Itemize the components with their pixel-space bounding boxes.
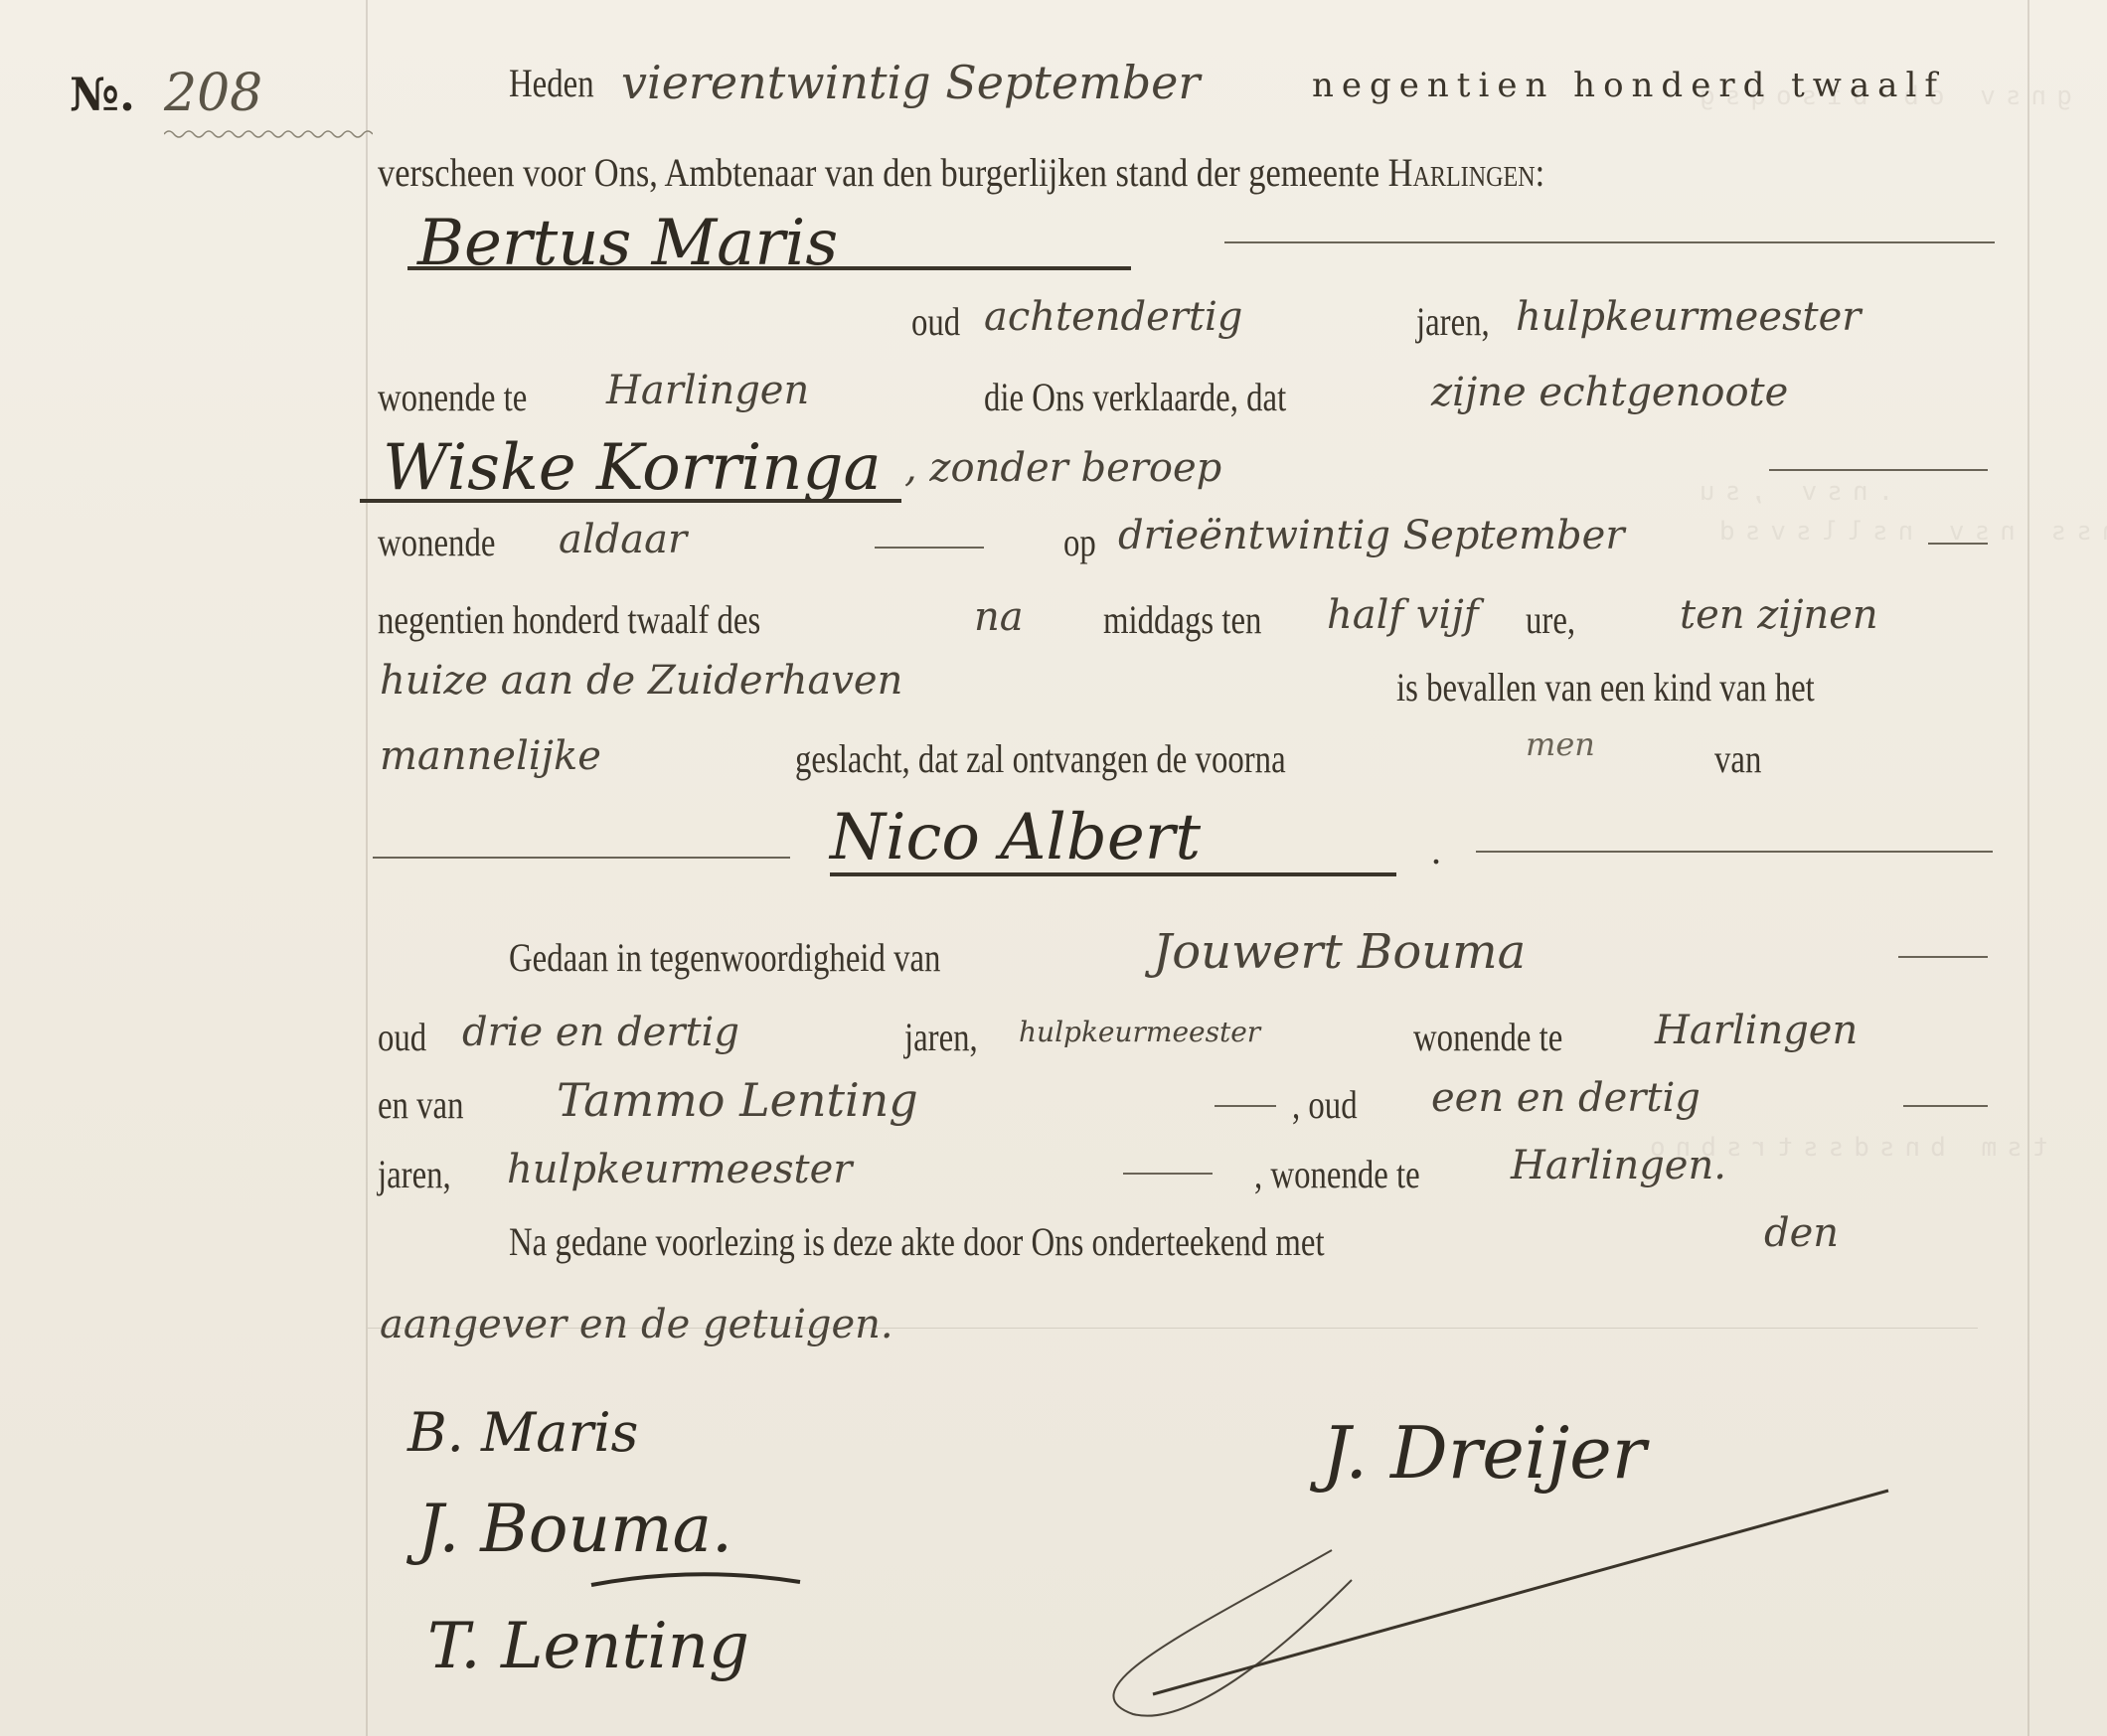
witness-1-residence: Harlingen	[1655, 1008, 1858, 1053]
name-underline	[407, 266, 1131, 270]
birth-place-a: ten zijnen	[1680, 592, 1878, 638]
record-number-label: №.	[70, 68, 135, 121]
fill-line	[1928, 543, 1988, 545]
line-5: wonende te	[378, 374, 560, 420]
signature-witness-2: T. Lenting	[427, 1610, 749, 1683]
fill-line	[1898, 956, 1988, 958]
witness-2-residence: Harlingen.	[1511, 1143, 1726, 1188]
signature-declarant: B. Maris	[407, 1401, 638, 1464]
printed-text: die Ons verklaarde, dat	[984, 374, 1286, 420]
father-occupation: hulpkeurmeester	[1516, 294, 1861, 340]
witness-1-occupation: hulpkeurmeester	[1019, 1016, 1260, 1048]
printed-text: verscheen voor Ons, Ambtenaar van den bu…	[378, 149, 1544, 196]
fill-line	[1476, 851, 1993, 853]
printed-text: ure,	[1526, 596, 1575, 643]
witness-2-occupation: hulpkeurmeester	[507, 1147, 852, 1192]
signatory-article: den	[1764, 1210, 1839, 1256]
line-14: en van	[378, 1081, 483, 1128]
father-residence: Harlingen	[606, 368, 809, 413]
left-margin-line	[366, 0, 368, 1736]
line-16: Na gedane voorlezing is deze akte door O…	[509, 1218, 1504, 1265]
printed-text: op	[1063, 519, 1096, 565]
printed-year: negentien honderd twaalf	[1312, 66, 1945, 105]
right-margin-line	[2027, 0, 2029, 1736]
fill-line	[875, 547, 984, 549]
fill-line	[1903, 1105, 1988, 1107]
mother-occupation: , zonder beroep	[904, 445, 1221, 491]
line-15b: , wonende te	[1254, 1151, 1456, 1197]
line-4: oud	[911, 298, 971, 345]
line-9: is bevallen van een kind van het	[1396, 664, 1906, 710]
relation: zijne echtgenoote	[1431, 370, 1788, 415]
printed-text: van	[1714, 735, 1761, 782]
voornamen-suffix: men	[1526, 725, 1595, 763]
witness-1-name: Jouwert Bouma	[1153, 924, 1526, 980]
line-14b: , oud	[1292, 1081, 1372, 1128]
printed-text: jaren,	[1416, 298, 1490, 345]
birth-time: half vijf	[1327, 592, 1479, 638]
line-8b: middags ten	[1103, 596, 1296, 643]
signatories: aangever en de getuigen.	[380, 1302, 893, 1347]
line-2: verscheen voor Ons, Ambtenaar van den bu…	[378, 149, 1734, 196]
signature-flourish	[586, 1570, 805, 1590]
wavy-underline	[164, 127, 373, 141]
witness-2-name: Tammo Lenting	[557, 1073, 918, 1127]
bleed-through-text: bnid nss nsv nsllsvsd	[1709, 517, 2107, 547]
line-7b: op	[1063, 519, 1103, 565]
child-name: Nico Albert	[830, 801, 1201, 874]
fill-line	[1215, 1105, 1276, 1107]
printed-text: middags ten	[1103, 596, 1261, 643]
period: .	[1431, 827, 1441, 873]
line-15: jaren,	[378, 1151, 467, 1197]
line-5b: die Ons verklaarde, dat	[984, 374, 1353, 420]
printed-text: , oud	[1292, 1081, 1358, 1128]
printed-text: en van	[378, 1081, 464, 1128]
line-7: wonende	[378, 519, 521, 565]
line-10: geslacht, dat zal ontvangen de voorna	[795, 735, 1393, 782]
printed-text: Heden	[509, 60, 594, 106]
line-13c: wonende te	[1413, 1014, 1595, 1060]
fill-line	[373, 857, 790, 859]
printed-text: oud	[378, 1014, 426, 1060]
printed-text: geslacht, dat zal ontvangen de voorna	[795, 735, 1286, 782]
handwritten-date: vierentwintig September	[621, 56, 1200, 109]
municipality-name: Harlingen	[1388, 150, 1536, 195]
printed-text: jaren,	[904, 1014, 978, 1060]
mother-residence: aldaar	[559, 517, 687, 562]
printed-text: wonende te	[378, 374, 527, 420]
printed-text: Na gedane voorlezing is deze akte door O…	[509, 1218, 1325, 1265]
printed-text: wonende	[378, 519, 495, 565]
line-8c: ure,	[1526, 596, 1586, 643]
fill-line	[1769, 469, 1988, 471]
birth-date: drieëntwintig September	[1118, 513, 1624, 558]
closing-rule	[368, 1328, 1978, 1329]
line-4b: jaren,	[1416, 298, 1506, 345]
line-1: Heden	[509, 60, 612, 106]
printed-text: is bevallen van een kind van het	[1396, 664, 1815, 710]
bleed-through-text: .nsv ,su	[1690, 477, 1893, 507]
line-10b: van	[1714, 735, 1772, 782]
printed-text: Gedaan in tegenwoordigheid van	[509, 934, 940, 981]
child-sex: mannelijke	[380, 733, 601, 779]
printed-text: oud	[911, 298, 960, 345]
signature-witness-1: J. Bouma.	[417, 1491, 732, 1567]
registrar-flourish	[1044, 1471, 1938, 1729]
line-1-year: negentien honderd twaalf	[1312, 66, 1945, 105]
father-age: achtendertig	[984, 294, 1242, 340]
line-13b: jaren,	[904, 1014, 994, 1060]
witness-1-age: drie en dertig	[462, 1010, 739, 1055]
printed-text: wonende te	[1413, 1014, 1562, 1060]
fill-line	[1123, 1173, 1213, 1175]
printed-text: , wonende te	[1254, 1151, 1420, 1197]
document-page: gnsv ob bisoqsg .nsv ,su bnid nss nsv ns…	[0, 0, 2107, 1736]
printed-text: jaren,	[378, 1151, 451, 1197]
mother-name: Wiske Korringa	[383, 431, 882, 505]
line-13: oud	[378, 1014, 437, 1060]
line-8: negentien honderd twaalf des	[378, 596, 845, 643]
printed-text: negentien honderd twaalf des	[378, 596, 760, 643]
name-underline	[830, 872, 1396, 876]
record-number-value: 208	[164, 64, 262, 123]
witness-2-age: een en dertig	[1431, 1075, 1701, 1121]
name-underline	[360, 499, 901, 503]
line-12: Gedaan in tegenwoordigheid van	[509, 934, 1036, 981]
fill-line	[1224, 241, 1995, 243]
am-pm: na	[974, 594, 1024, 640]
birth-place-b: huize aan de Zuiderhaven	[380, 658, 902, 704]
